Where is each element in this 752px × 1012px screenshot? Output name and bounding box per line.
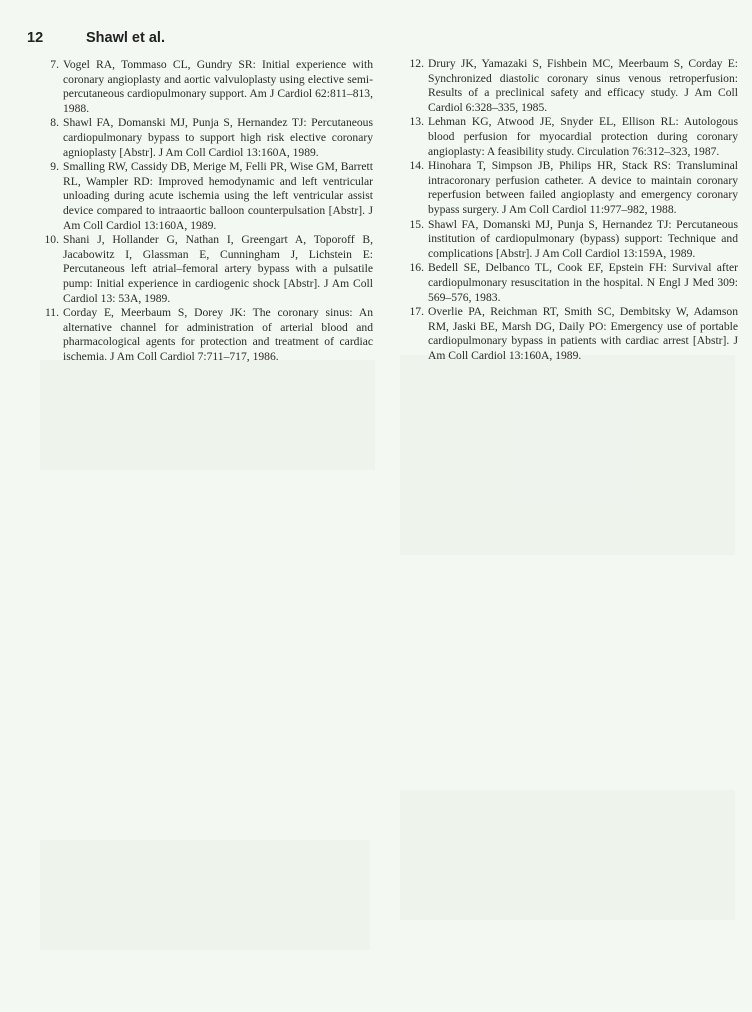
- reference-item: 9. Smalling RW, Cassidy DB, Merige M, Fe…: [63, 160, 373, 233]
- reference-number: 17.: [406, 305, 428, 363]
- reference-item: 16. Bedell SE, Delbanco TL, Cook EF, Eps…: [428, 261, 738, 305]
- reference-item: 10. Shani J, Hollander G, Nathan I, Gree…: [63, 233, 373, 306]
- reference-text: Smalling RW, Cassidy DB, Merige M, Felli…: [63, 160, 373, 233]
- reference-item: 7. Vogel RA, Tommaso CL, Gundry SR: Init…: [63, 58, 373, 116]
- reference-text: Lehman KG, Atwood JE, Snyder EL, Ellison…: [428, 115, 738, 159]
- reference-item: 17. Overlie PA, Reichman RT, Smith SC, D…: [428, 305, 738, 363]
- reference-item: 13. Lehman KG, Atwood JE, Snyder EL, Ell…: [428, 115, 738, 159]
- reference-number: 12.: [406, 57, 428, 115]
- page-number: 12: [27, 30, 86, 46]
- reference-item: 14. Hinohara T, Simpson JB, Philips HR, …: [428, 159, 738, 217]
- show-through-right: [400, 355, 735, 555]
- references-left-column: 7. Vogel RA, Tommaso CL, Gundry SR: Init…: [41, 58, 373, 364]
- reference-item: 15. Shawl FA, Domanski MJ, Punja S, Hern…: [428, 218, 738, 262]
- reference-text: Shani J, Hollander G, Nathan I, Greengar…: [63, 233, 373, 306]
- reference-number: 15.: [406, 218, 428, 262]
- reference-item: 12. Drury JK, Yamazaki S, Fishbein MC, M…: [428, 57, 738, 115]
- reference-text: Corday E, Meerbaum S, Dorey JK: The coro…: [63, 306, 373, 364]
- references-right-column: 12. Drury JK, Yamazaki S, Fishbein MC, M…: [406, 57, 738, 363]
- reference-text: Bedell SE, Delbanco TL, Cook EF, Epstein…: [428, 261, 738, 305]
- reference-number: 13.: [406, 115, 428, 159]
- reference-item: 8. Shawl FA, Domanski MJ, Punja S, Herna…: [63, 116, 373, 160]
- reference-number: 14.: [406, 159, 428, 217]
- reference-number: 7.: [41, 58, 63, 116]
- running-title: Shawl et al.: [86, 30, 165, 46]
- reference-text: Shawl FA, Domanski MJ, Punja S, Hernande…: [63, 116, 373, 160]
- reference-number: 9.: [41, 160, 63, 233]
- page-header: 12 Shawl et al.: [27, 30, 165, 46]
- reference-text: Drury JK, Yamazaki S, Fishbein MC, Meerb…: [428, 57, 738, 115]
- reference-text: Overlie PA, Reichman RT, Smith SC, Dembi…: [428, 305, 738, 363]
- reference-item: 11. Corday E, Meerbaum S, Dorey JK: The …: [63, 306, 373, 364]
- show-through-bottom-left: [40, 840, 370, 950]
- reference-number: 8.: [41, 116, 63, 160]
- show-through-bottom-right: [400, 790, 735, 920]
- reference-number: 10.: [41, 233, 63, 306]
- show-through-left: [40, 360, 375, 470]
- reference-number: 11.: [41, 306, 63, 364]
- reference-text: Hinohara T, Simpson JB, Philips HR, Stac…: [428, 159, 738, 217]
- reference-text: Vogel RA, Tommaso CL, Gundry SR: Initial…: [63, 58, 373, 116]
- reference-text: Shawl FA, Domanski MJ, Punja S, Hernande…: [428, 218, 738, 262]
- reference-number: 16.: [406, 261, 428, 305]
